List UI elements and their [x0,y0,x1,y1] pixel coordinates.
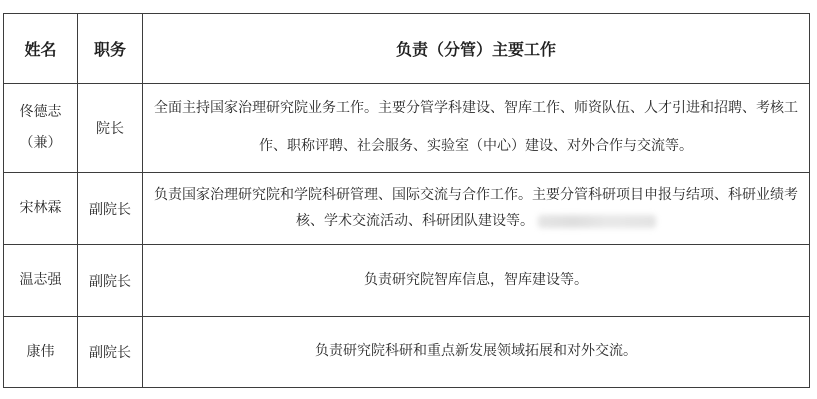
duty-cell: 负责研究院科研和重点新发展领域拓展和对外交流。 [143,317,810,388]
position-cell: 副院长 [78,173,143,245]
col-header-position: 职务 [78,14,143,84]
table-row: 温志强 副院长 负责研究院智库信息，智库建设等。 [4,245,810,317]
duty-text: 负责国家治理研究院和学院科研管理、国际交流与合作工作。主要分管科研项目申报与结项… [154,188,798,229]
table-row: 康伟 副院长 负责研究院科研和重点新发展领域拓展和对外交流。 [4,317,810,388]
redacted-smudge [538,215,656,228]
table-header-row: 姓名 职务 负责（分管）主要工作 [4,14,810,84]
col-header-duty: 负责（分管）主要工作 [143,14,810,84]
table-row: 佟德志 （兼） 院长 全面主持国家治理研究院业务工作。主要分管学科建设、智库工作… [4,84,810,173]
duty-table: 姓名 职务 负责（分管）主要工作 佟德志 （兼） 院长 全面主持国家治理研究院业… [3,13,810,388]
name-cell: 温志强 [4,245,78,317]
position-cell: 副院长 [78,317,143,388]
name-cell: 康伟 [4,317,78,388]
page: 姓名 职务 负责（分管）主要工作 佟德志 （兼） 院长 全面主持国家治理研究院业… [0,0,817,399]
table-row: 宋林霖 副院长 负责国家治理研究院和学院科研管理、国际交流与合作工作。主要分管科… [4,173,810,245]
duty-cell: 负责国家治理研究院和学院科研管理、国际交流与合作工作。主要分管科研项目申报与结项… [143,173,810,245]
duty-cell: 负责研究院智库信息，智库建设等。 [143,245,810,317]
duty-cell: 全面主持国家治理研究院业务工作。主要分管学科建设、智库工作、师资队伍、人才引进和… [143,84,810,173]
position-cell: 院长 [78,84,143,173]
name-cell: 宋林霖 [4,173,78,245]
position-cell: 副院长 [78,245,143,317]
col-header-name: 姓名 [4,14,78,84]
name-cell: 佟德志 （兼） [4,84,78,173]
